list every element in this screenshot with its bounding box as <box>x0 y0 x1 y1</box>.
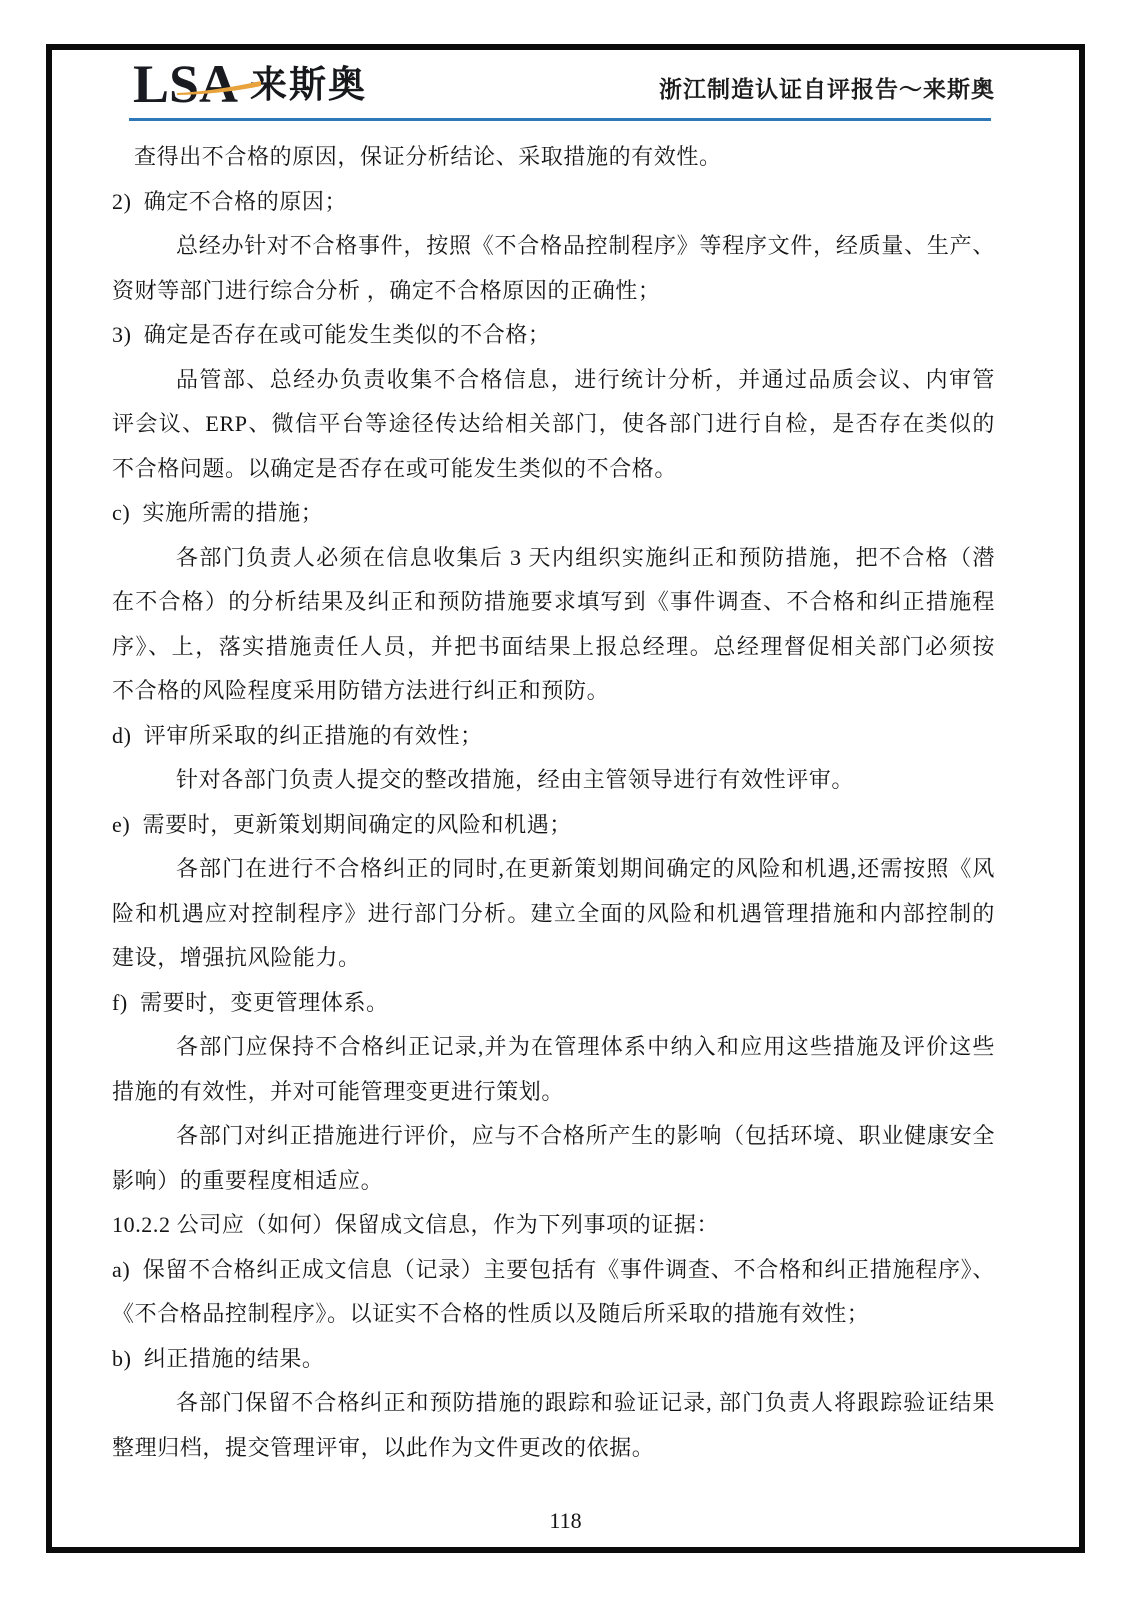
text-line: 针对各部门负责人提交的整改措施，经由主管领导进行有效性评审。 <box>112 758 995 803</box>
text-line: a) 保留不合格纠正成文信息（记录）主要包括有《事件调查、不合格和纠正措施程序》… <box>112 1248 995 1293</box>
document-page: LSA 来斯奥 浙江制造认证自评报告～来斯奥 查得出不合格的原因，保证分析结论、… <box>0 0 1131 1600</box>
header-rule-line <box>129 118 991 121</box>
text-line: e) 需要时，更新策划期间确定的风险和机遇； <box>112 803 995 848</box>
text-line: 建设，增强抗风险能力。 <box>112 936 995 981</box>
text-line: 品管部、总经办负责收集不合格信息，进行统计分析，并通过品质会议、内审管 <box>112 358 995 403</box>
text-line: 整理归档，提交管理评审，以此作为文件更改的依据。 <box>112 1426 995 1471</box>
page-number: 118 <box>52 1508 1079 1534</box>
logo-chinese-label: 来斯奥 <box>250 66 367 103</box>
text-line: 不合格的风险程度采用防错方法进行纠正和预防。 <box>112 669 995 714</box>
text-line: b) 纠正措施的结果。 <box>112 1337 995 1382</box>
text-line: 资财等部门进行综合分析 ，确定不合格原因的正确性； <box>112 269 995 314</box>
text-line: 各部门对纠正措施进行评价，应与不合格所产生的影响（包括环境、职业健康安全 <box>112 1114 995 1159</box>
text-line: 影响）的重要程度相适应。 <box>112 1159 995 1204</box>
text-line: 3) 确定是否存在或可能发生类似的不合格； <box>112 313 995 358</box>
company-logo: LSA 来斯奥 <box>133 56 367 112</box>
document-body: 查得出不合格的原因，保证分析结论、采取措施的有效性。2) 确定不合格的原因；总经… <box>112 135 995 1470</box>
text-line: 不合格问题。以确定是否存在或可能发生类似的不合格。 <box>112 447 995 492</box>
logo-latin-label: LSA <box>133 54 238 114</box>
text-line: 各部门负责人必须在信息收集后 3 天内组织实施纠正和预防措施，把不合格（潜 <box>112 536 995 581</box>
page-border-frame: LSA 来斯奥 浙江制造认证自评报告～来斯奥 查得出不合格的原因，保证分析结论、… <box>46 44 1085 1553</box>
text-line: f) 需要时，变更管理体系。 <box>112 981 995 1026</box>
text-line: 总经办针对不合格事件，按照《不合格品控制程序》等程序文件，经质量、生产、 <box>112 224 995 269</box>
text-line: 各部门在进行不合格纠正的同时,在更新策划期间确定的风险和机遇,还需按照《风 <box>112 847 995 892</box>
text-line: 各部门保留不合格纠正和预防措施的跟踪和验证记录, 部门负责人将跟踪验证结果 <box>112 1381 995 1426</box>
text-line: d) 评审所采取的纠正措施的有效性； <box>112 714 995 759</box>
report-header-title: 浙江制造认证自评报告～来斯奥 <box>659 74 995 104</box>
text-line: 序》、上，落实措施责任人员，并把书面结果上报总经理。总经理督促相关部门必须按 <box>112 625 995 670</box>
text-line: 10.2.2 公司应（如何）保留成文信息，作为下列事项的证据： <box>112 1203 995 1248</box>
text-line: 措施的有效性，并对可能管理变更进行策划。 <box>112 1070 995 1115</box>
logo-lsa-text: LSA <box>133 57 238 111</box>
text-line: 险和机遇应对控制程序》进行部门分析。建立全面的风险和机遇管理措施和内部控制的 <box>112 892 995 937</box>
text-line: 查得出不合格的原因，保证分析结论、采取措施的有效性。 <box>112 135 995 180</box>
text-line: 在不合格）的分析结果及纠正和预防措施要求填写到《事件调查、不合格和纠正措施程 <box>112 580 995 625</box>
text-line: c) 实施所需的措施； <box>112 491 995 536</box>
text-line: 《不合格品控制程序》。以证实不合格的性质以及随后所采取的措施有效性； <box>112 1292 995 1337</box>
text-line: 评会议、ERP、微信平台等途径传达给相关部门，使各部门进行自检，是否存在类似的 <box>112 402 995 447</box>
text-line: 2) 确定不合格的原因； <box>112 180 995 225</box>
text-line: 各部门应保持不合格纠正记录,并为在管理体系中纳入和应用这些措施及评价这些 <box>112 1025 995 1070</box>
